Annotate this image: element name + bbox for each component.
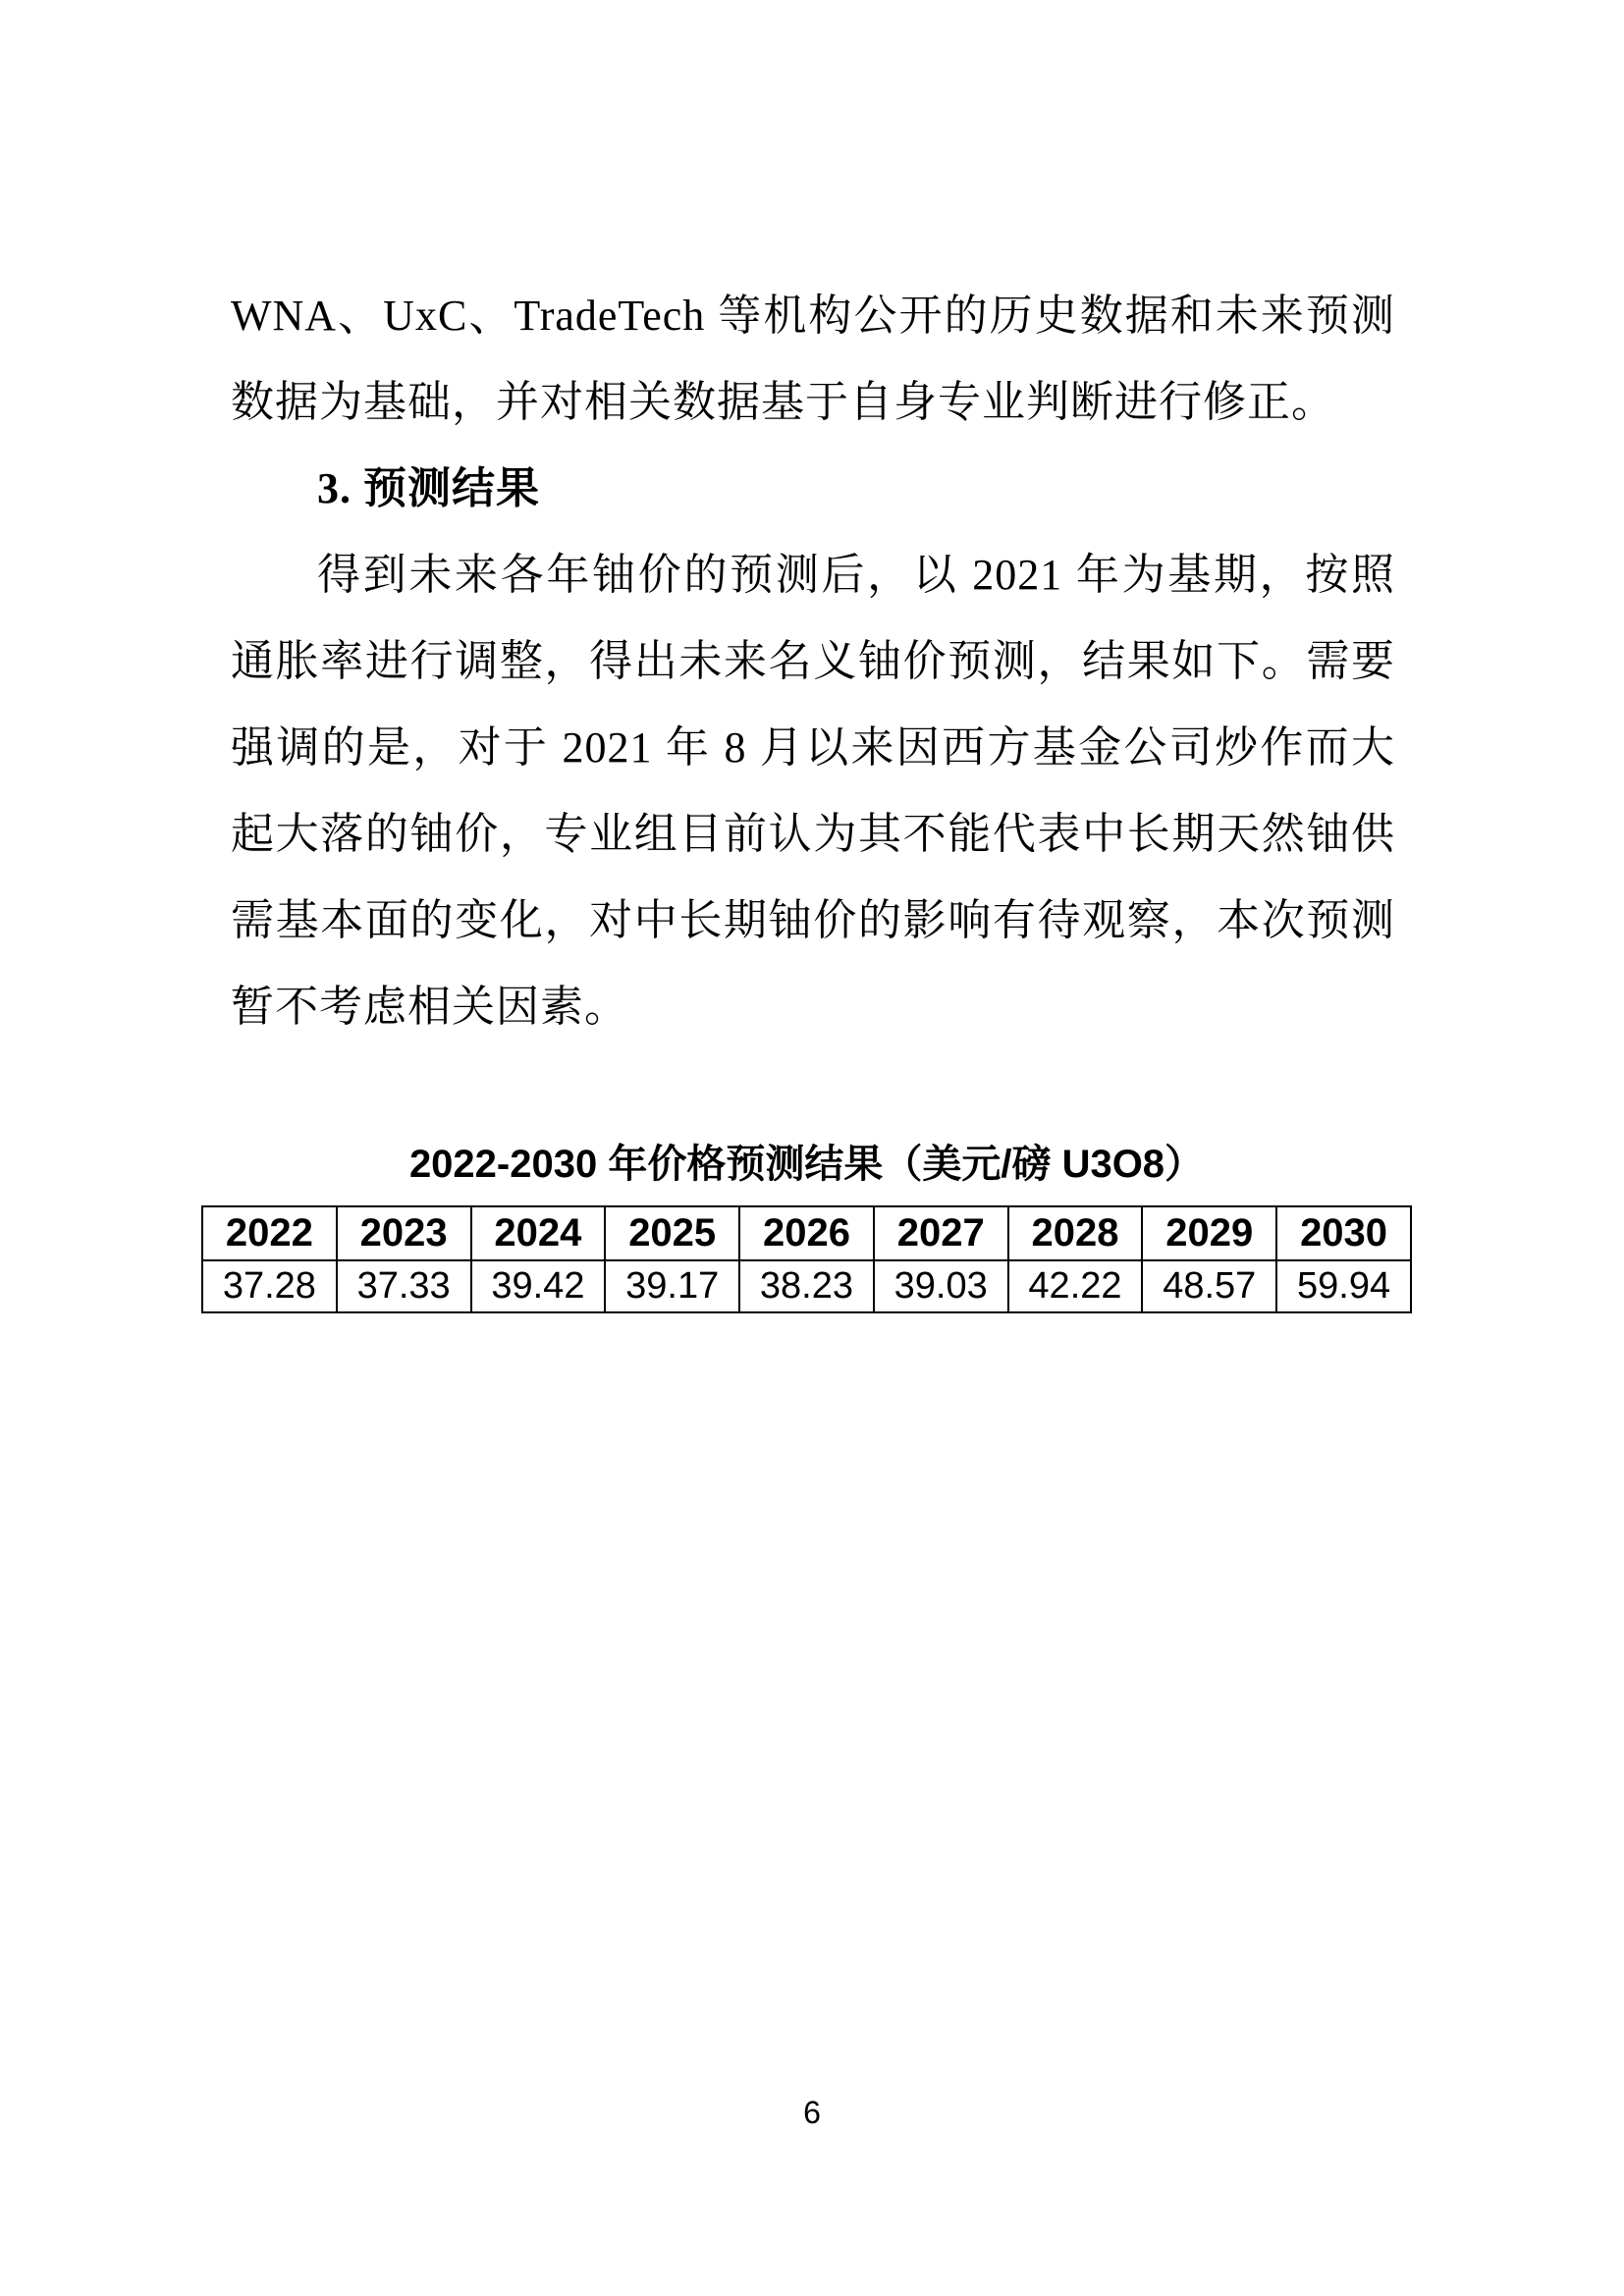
year-header-cell: 2026 [739,1206,874,1260]
table-title: 2022-2030 年价格预测结果（美元/磅 U3O8） [201,1139,1412,1190]
table-header-row: 2022 2023 2024 2025 2026 2027 2028 2029 … [202,1206,1411,1260]
year-header-cell: 2029 [1142,1206,1276,1260]
paragraph-continuation: WNA、UxC、TradeTech 等机构公开的历史数据和未来预测数据为基础，并… [231,273,1395,446]
price-value-cell: 39.42 [471,1260,606,1312]
document-page: WNA、UxC、TradeTech 等机构公开的历史数据和未来预测数据为基础，并… [0,0,1624,2296]
price-value-cell: 48.57 [1142,1260,1276,1312]
price-value-cell: 39.03 [874,1260,1008,1312]
year-header-cell: 2023 [337,1206,471,1260]
page-number: 6 [0,2093,1624,2132]
price-value-cell: 59.94 [1276,1260,1411,1312]
price-value-cell: 39.17 [605,1260,739,1312]
section-heading-forecast-results: 3. 预测结果 [231,446,1395,532]
year-header-cell: 2022 [202,1206,337,1260]
body-text-block: WNA、UxC、TradeTech 等机构公开的历史数据和未来预测数据为基础，并… [231,273,1395,1050]
price-forecast-table: 2022 2023 2024 2025 2026 2027 2028 2029 … [201,1205,1412,1313]
price-value-cell: 38.23 [739,1260,874,1312]
year-header-cell: 2028 [1008,1206,1143,1260]
price-value-cell: 37.28 [202,1260,337,1312]
year-header-cell: 2024 [471,1206,606,1260]
year-header-cell: 2030 [1276,1206,1411,1260]
year-header-cell: 2027 [874,1206,1008,1260]
table-value-row: 37.28 37.33 39.42 39.17 38.23 39.03 42.2… [202,1260,1411,1312]
paragraph-forecast-explanation: 得到未来各年铀价的预测后，以 2021 年为基期，按照通胀率进行调整，得出未来名… [231,532,1395,1050]
price-value-cell: 37.33 [337,1260,471,1312]
year-header-cell: 2025 [605,1206,739,1260]
price-value-cell: 42.22 [1008,1260,1143,1312]
